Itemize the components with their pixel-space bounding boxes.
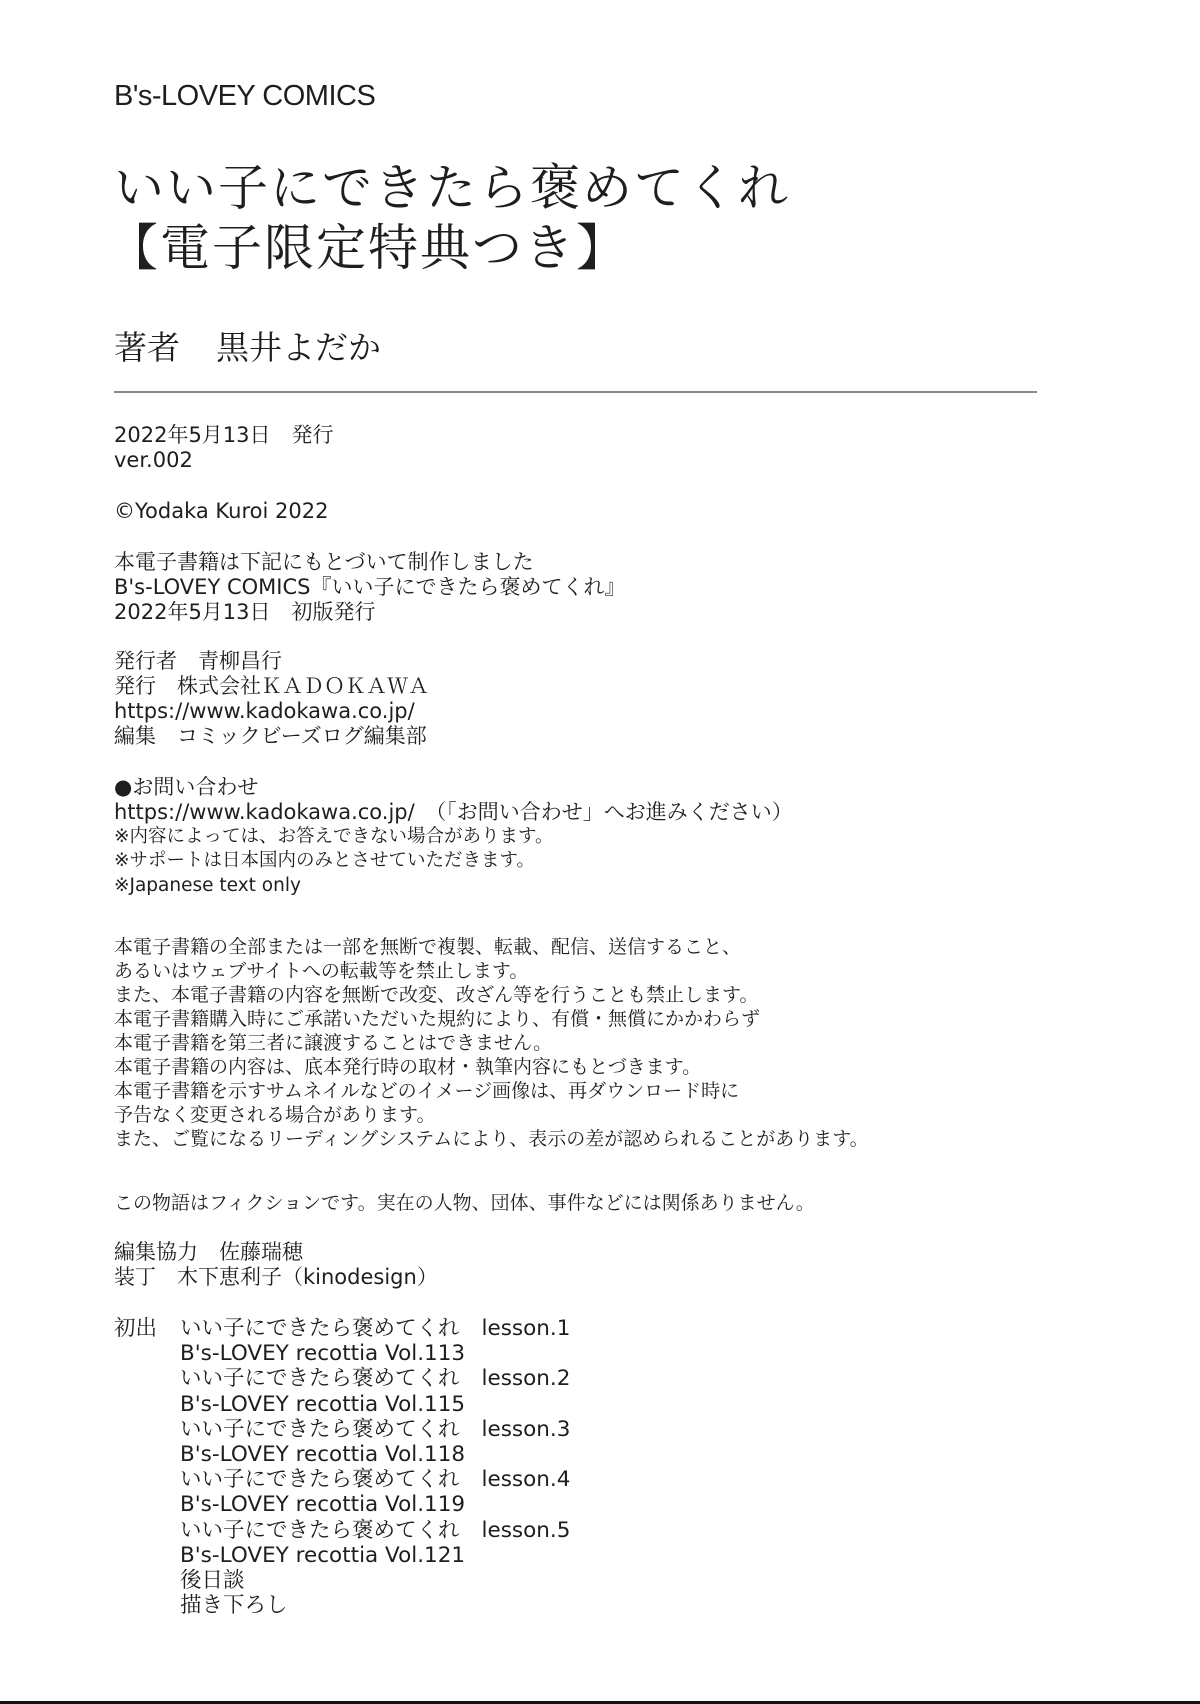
publisher-block: 発行者 青柳昌行 発行 株式会社ＫＡＤＯＫＡＷＡ https://www.kad… xyxy=(114,649,429,749)
legal-line: また、ご覧になるリーディングシステムにより、表示の差が認められることがあります。 xyxy=(114,1127,869,1151)
imprint-label: B's-LOVEY COMICS xyxy=(114,80,375,113)
editorial-dept: 編集 コミックビーズログ編集部 xyxy=(114,724,429,749)
first-appearance-row: 初出 いい子にできたら褒めてくれlesson.1 xyxy=(114,1316,570,1341)
author-line: 著者黒井よだか xyxy=(114,326,381,370)
book-title: いい子にできたら褒めてくれ xyxy=(114,158,790,218)
entry-magazine: B's-LOVEY recottia Vol.115 xyxy=(180,1392,465,1417)
copyright-block: ©Yodaka Kuroi 2022 xyxy=(114,499,328,524)
entry-magazine: B's-LOVEY recottia Vol.113 xyxy=(180,1341,465,1366)
fiction-notice-block: この物語はフィクションです。実在の人物、団体、事件などには関係ありません。 xyxy=(114,1191,815,1215)
contact-note: ※サポートは日本国内のみとさせていただきます。 xyxy=(114,849,793,873)
legal-notice-block: 本電子書籍の全部または一部を無断で複製、転載、配信、送信すること、 あるいはウェ… xyxy=(114,935,869,1151)
legal-line: 本電子書籍の全部または一部を無断で複製、転載、配信、送信すること、 xyxy=(114,935,869,959)
first-appearance-row: B's-LOVEY recottia Vol.113 xyxy=(114,1341,570,1366)
based-on-line: B's-LOVEY COMICS『いい子にできたら褒めてくれ』 xyxy=(114,575,625,600)
entry-title: いい子にできたら褒めてくれ xyxy=(180,1467,460,1492)
entry-lesson: lesson.3 xyxy=(482,1417,571,1442)
entry-new-content: 描き下ろし xyxy=(180,1593,288,1618)
legal-line: また、本電子書籍の内容を無断で改変、改ざん等を行うことも禁止します。 xyxy=(114,983,869,1007)
version: ver.002 xyxy=(114,448,334,473)
colophon-page: B's-LOVEY COMICS いい子にできたら褒めてくれ 【電子限定特典つき… xyxy=(0,0,1200,1704)
entry-magazine: B's-LOVEY recottia Vol.121 xyxy=(180,1543,465,1568)
first-appearance-row: いい子にできたら褒めてくれlesson.3 xyxy=(114,1417,570,1442)
edition-block: 2022年5月13日 発行 ver.002 xyxy=(114,423,334,473)
divider xyxy=(114,391,1037,393)
contact-heading: ●お問い合わせ xyxy=(114,775,793,800)
first-appearance-row: 描き下ろし xyxy=(114,1593,570,1618)
entry-lesson: lesson.2 xyxy=(482,1366,571,1391)
author-name: 黒井よだか xyxy=(216,328,381,367)
publisher-company: 発行 株式会社ＫＡＤＯＫＡＷＡ xyxy=(114,674,429,699)
first-appearance-row: B's-LOVEY recottia Vol.121 xyxy=(114,1543,570,1568)
publisher-person: 発行者 青柳昌行 xyxy=(114,649,429,674)
first-appearance-row: B's-LOVEY recottia Vol.118 xyxy=(114,1442,570,1467)
entry-lesson: lesson.5 xyxy=(482,1518,571,1543)
entry-lesson: lesson.4 xyxy=(482,1467,571,1492)
entry-title: いい子にできたら褒めてくれ xyxy=(180,1518,460,1543)
staff-block: 編集協力 佐藤瑞穂 装丁 木下恵利子（kinodesign） xyxy=(114,1240,438,1290)
entry-magazine: B's-LOVEY recottia Vol.118 xyxy=(180,1442,465,1467)
based-on-block: 本電子書籍は下記にもとづいて制作しました B's-LOVEY COMICS『いい… xyxy=(114,550,625,625)
based-on-line: 本電子書籍は下記にもとづいて制作しました xyxy=(114,550,625,575)
entry-magazine: B's-LOVEY recottia Vol.119 xyxy=(180,1492,465,1517)
entry-lesson: lesson.1 xyxy=(482,1316,571,1341)
legal-line: 本電子書籍購入時にご承諾いただいた規約により、有償・無償にかかわらず xyxy=(114,1007,869,1031)
legal-line: 本電子書籍を第三者に譲渡することはできません。 xyxy=(114,1031,869,1055)
publish-date: 2022年5月13日 発行 xyxy=(114,423,334,448)
publisher-url[interactable]: https://www.kadokawa.co.jp/ xyxy=(114,699,429,724)
entry-title: いい子にできたら褒めてくれ xyxy=(180,1417,460,1442)
first-appearance-row: B's-LOVEY recottia Vol.119 xyxy=(114,1492,570,1517)
legal-line: 本電子書籍を示すサムネイルなどのイメージ画像は、再ダウンロード時に xyxy=(114,1079,869,1103)
first-appearance-block: 初出 いい子にできたら褒めてくれlesson.1 B's-LOVEY recot… xyxy=(114,1316,570,1618)
entry-epilogue: 後日談 xyxy=(180,1568,245,1593)
staff-line: 編集協力 佐藤瑞穂 xyxy=(114,1240,438,1265)
first-appearance-row: いい子にできたら褒めてくれlesson.5 xyxy=(114,1518,570,1543)
contact-block: ●お問い合わせ https://www.kadokawa.co.jp/ （「お問… xyxy=(114,775,793,898)
entry-title: いい子にできたら褒めてくれ xyxy=(180,1316,460,1341)
legal-line: 予告なく変更される場合があります。 xyxy=(114,1103,869,1127)
fiction-notice: この物語はフィクションです。実在の人物、団体、事件などには関係ありません。 xyxy=(114,1191,815,1215)
first-appearance-row: B's-LOVEY recottia Vol.115 xyxy=(114,1392,570,1417)
first-appearance-row: いい子にできたら褒めてくれlesson.2 xyxy=(114,1366,570,1391)
contact-note: ※Japanese text only xyxy=(114,874,793,898)
first-appearance-row: いい子にできたら褒めてくれlesson.4 xyxy=(114,1467,570,1492)
entry-title: いい子にできたら褒めてくれ xyxy=(180,1366,460,1391)
legal-line: あるいはウェブサイトへの転載等を禁止します。 xyxy=(114,959,869,983)
legal-line: 本電子書籍の内容は、底本発行時の取材・執筆内容にもとづきます。 xyxy=(114,1055,869,1079)
first-appearance-label: 初出 xyxy=(114,1316,180,1341)
staff-line: 装丁 木下恵利子（kinodesign） xyxy=(114,1265,438,1290)
contact-url[interactable]: https://www.kadokawa.co.jp/ （「お問い合わせ」へお進… xyxy=(114,800,793,825)
contact-note: ※内容によっては、お答えできない場合があります。 xyxy=(114,825,793,849)
based-on-line: 2022年5月13日 初版発行 xyxy=(114,600,625,625)
author-label: 著者 xyxy=(114,328,180,367)
first-appearance-row: 後日談 xyxy=(114,1568,570,1593)
copyright: ©Yodaka Kuroi 2022 xyxy=(114,499,328,524)
book-subtitle: 【電子限定特典つき】 xyxy=(108,218,628,278)
